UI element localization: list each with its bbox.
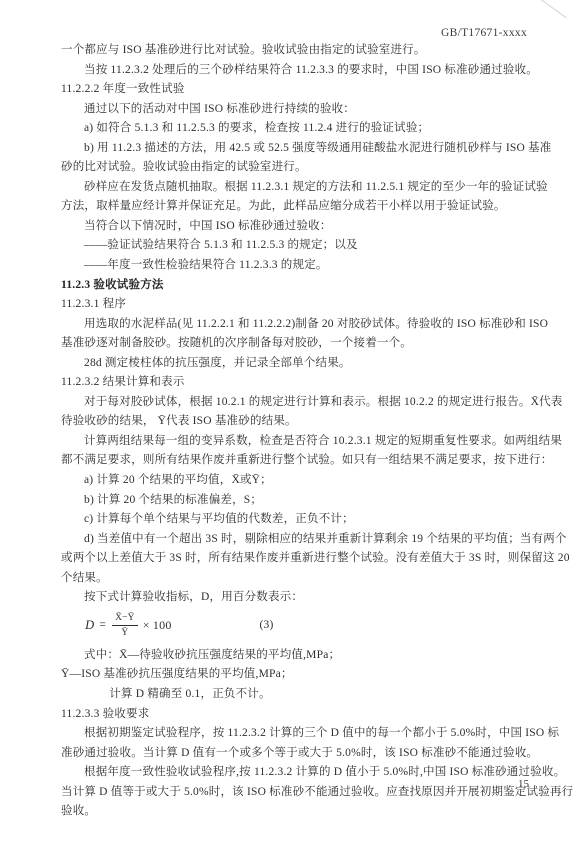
formula-numerator: X̄−Ȳ bbox=[112, 613, 138, 626]
text-line: 通过以下的活动对中国 ISO 标准砂进行持续的验收： bbox=[61, 100, 531, 120]
text-line: 根据年度一致性验收试验程序,按 11.2.3.2 计算的 D 值小于 5.0%时… bbox=[61, 763, 531, 783]
text-line: c) 计算每个单个结果与平均值的代数差，正负不计； bbox=[61, 510, 531, 530]
formula-lhs: D bbox=[85, 616, 94, 636]
text-line: 计算 D 精确至 0.1，正负不计。 bbox=[61, 685, 531, 705]
text-line: b) 计算 20 个结果的标准偏差，S； bbox=[61, 491, 531, 511]
text-line: 28d 测定棱柱体的抗压强度，并记录全部单个结果。 bbox=[61, 354, 531, 374]
equation-number: (3) bbox=[260, 616, 274, 636]
document-page: GB/T17671-xxxx 一个都应与 ISO 基准砂进行比对试验。验收试验由… bbox=[0, 0, 586, 864]
text-line: 或两个以上差值大于 3S 时，所有结果作废并重新进行整个试验。没有差值大于 3S… bbox=[61, 549, 531, 569]
text-line: 当计算 D 值等于或大于 5.0%时，该 ISO 标准砂不能通过验收。应查找原因… bbox=[61, 783, 531, 803]
text-line: 计算两组结果每一组的变异系数，检查是否符合 10.2.3.1 规定的短期重复性要… bbox=[61, 432, 531, 452]
text-line: 当按 11.2.3.2 处理后的三个砂样结果符合 11.2.3.3 的要求时，中… bbox=[61, 61, 531, 81]
formula-equals-sign: = bbox=[99, 616, 106, 636]
heading-line: 11.2.3 验收试验方法 bbox=[61, 276, 531, 296]
heading-line: 11.2.3.3 验收要求 bbox=[61, 705, 531, 725]
text-line: ——年度一致性检验结果符合 11.2.3.3 的规定。 bbox=[61, 256, 531, 276]
text-line: a) 计算 20 个结果的平均值，X̄或Ȳ； bbox=[61, 471, 531, 491]
text-line: 待验收砂的结果， Ȳ代表 ISO 基准砂的结果。 bbox=[61, 412, 531, 432]
text-line: 对于每对胶砂试体，根据 10.2.1 的规定进行计算和表示。根据 10.2.2 … bbox=[61, 393, 531, 413]
document-code-header: GB/T17671-xxxx bbox=[441, 27, 527, 39]
text-line: 用选取的水泥样品(见 11.2.2.1 和 11.2.2.2)制备 20 对胶砂… bbox=[61, 315, 531, 335]
text-line: 方法，取样量应经计算并保证充足。为此，此样品应缩分成若干小样以用于验证试验。 bbox=[61, 197, 531, 217]
text-line: 基准砂逐对制备胶砂。按随机的次序制备每对胶砂，一个接着一个。 bbox=[61, 334, 531, 354]
text-line: 个结果。 bbox=[61, 569, 531, 589]
text-line: a) 如符合 5.1.3 和 11.2.5.3 的要求，检查按 11.2.4 进… bbox=[61, 119, 531, 139]
formula-multiplier: × 100 bbox=[143, 616, 172, 636]
text-line: 都不满足要求，则所有结果作废并重新进行整个试验。如只有一组结果不满足要求，按下进… bbox=[61, 451, 531, 471]
text-line: 式中：X̄—待验收砂抗压强度结果的平均值,MPa； bbox=[61, 646, 531, 666]
formula-denominator: Ȳ bbox=[121, 626, 128, 638]
text-line: d) 当差值中有一个超出 3S 时，剔除相应的结果并重新计算剩余 19 个结果的… bbox=[61, 530, 531, 550]
text-line: b) 用 11.2.3 描述的方法，用 42.5 或 52.5 强度等级通用硅酸… bbox=[61, 139, 531, 159]
scan-artifact bbox=[537, 0, 567, 18]
acceptance-formula: D=X̄−ȲȲ× 100(3) bbox=[61, 611, 531, 641]
page-number: 15 bbox=[518, 778, 529, 790]
text-line: 验收。 bbox=[61, 802, 531, 822]
text-line: 按下式计算验收指标，D，用百分数表示： bbox=[61, 588, 531, 608]
text-line: 一个都应与 ISO 基准砂进行比对试验。验收试验由指定的试验室进行。 bbox=[61, 41, 531, 61]
text-line: 砂样应在发货点随机抽取。根据 11.2.3.1 规定的方法和 11.2.5.1 … bbox=[61, 178, 531, 198]
text-line: ——验证试验结果符合 5.1.3 和 11.2.5.3 的规定；以及 bbox=[61, 236, 531, 256]
heading-line: 11.2.2.2 年度一致性试验 bbox=[61, 80, 531, 100]
text-line: 当符合以下情况时，中国 ISO 标准砂通过验收： bbox=[61, 217, 531, 237]
text-line: 准砂通过验收。当计算 D 值有一个或多个等于或大于 5.0%时，该 ISO 标准… bbox=[61, 744, 531, 764]
text-line: Ȳ—ISO 基准砂抗压强度结果的平均值,MPa； bbox=[61, 665, 531, 685]
content: 一个都应与 ISO 基准砂进行比对试验。验收试验由指定的试验室进行。当按 11.… bbox=[61, 41, 531, 822]
heading-line: 11.2.3.2 结果计算和表示 bbox=[61, 373, 531, 393]
text-line: 砂的比对试验。验收试验由指定的试验室进行。 bbox=[61, 158, 531, 178]
formula-fraction: X̄−ȲȲ bbox=[112, 613, 138, 638]
text-line: 根据初期鉴定试验程序，按 11.2.3.2 计算的三个 D 值中的每一个都小于 … bbox=[61, 724, 531, 744]
heading-line: 11.2.3.1 程序 bbox=[61, 295, 531, 315]
